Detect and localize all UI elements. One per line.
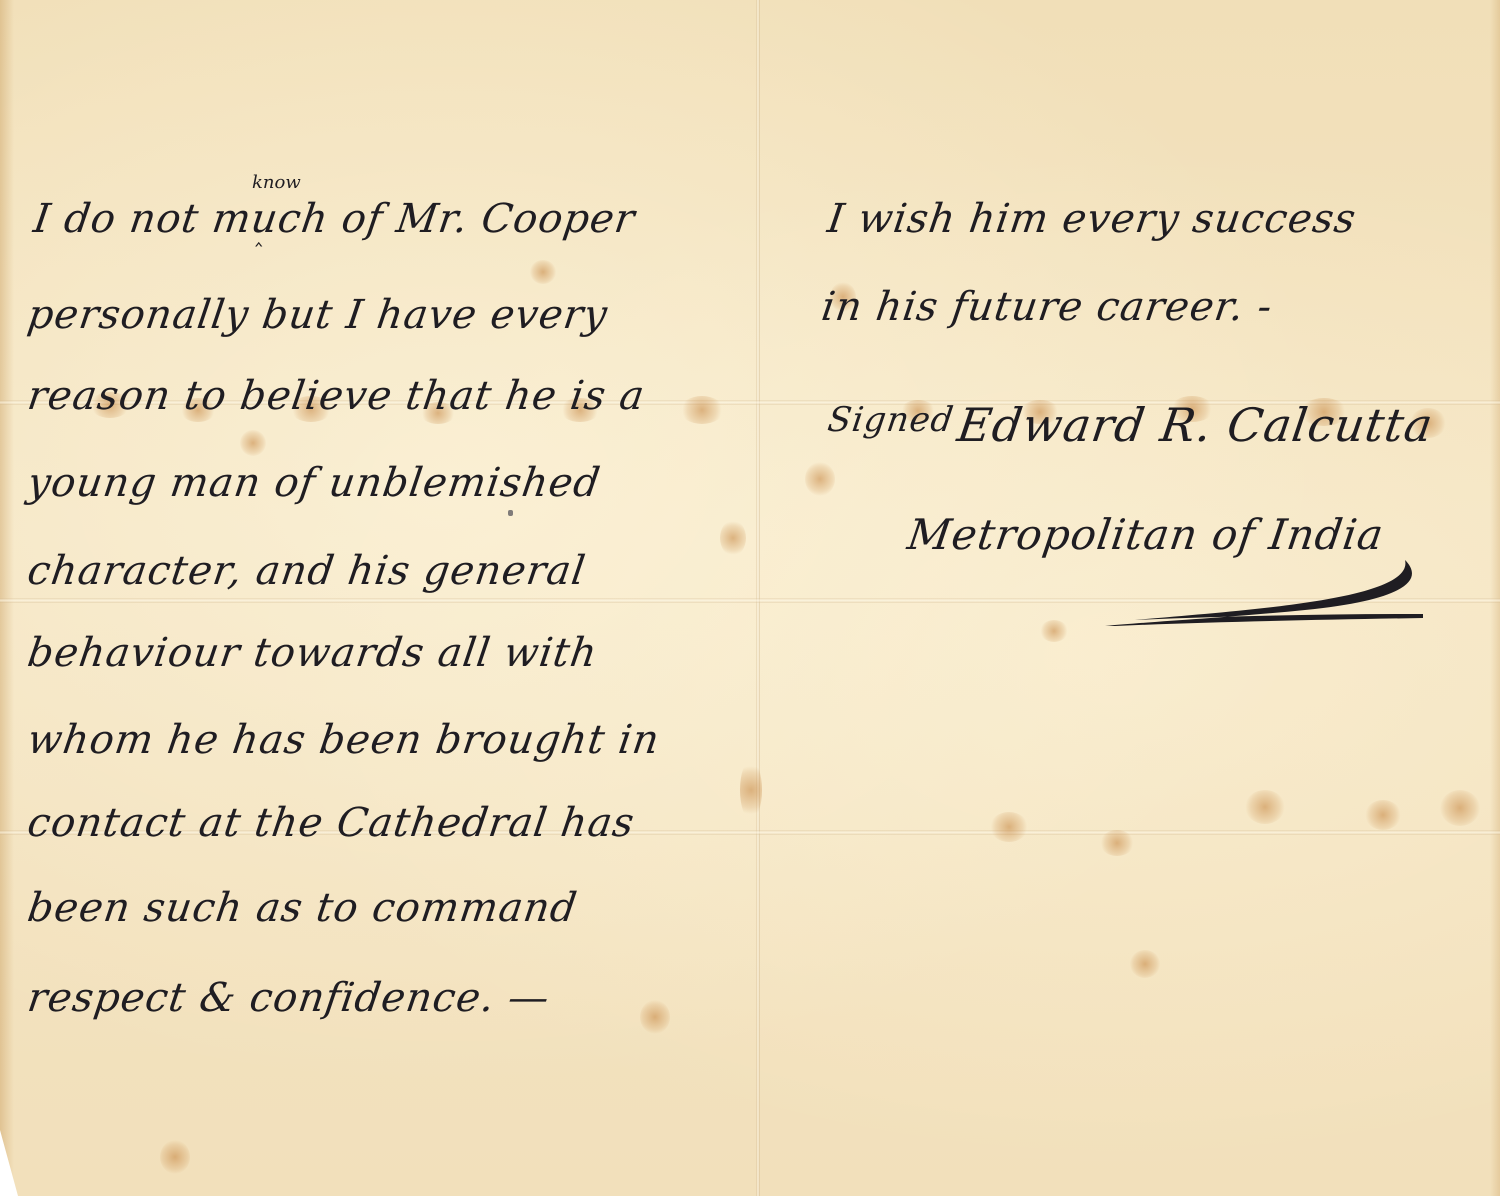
signature-flourish [1105,560,1435,630]
letter-sheet: know ‸ I do not much of Mr. Cooper perso… [0,0,1500,1196]
letter-line: reason to believe that he is a [25,373,648,419]
inserted-word: know [252,172,301,193]
letter-line: character, and his general [25,548,589,594]
left-page: know ‸ I do not much of Mr. Cooper perso… [0,0,758,1196]
ink-blot [508,510,513,516]
letter-line: young man of unblemished [25,460,604,506]
signature-title: Metropolitan of India [905,510,1388,559]
letter-line: been such as to command [25,885,581,931]
signature-prefix: Signed [825,400,956,440]
letter-line: contact at the Cathedral has [25,800,638,846]
letter-line: in his future career. - [819,284,1276,330]
letter-line: whom he has been brought in [25,717,663,763]
letter-line: personally but I have every [25,292,611,338]
signature-name: Edward R. Calcutta [954,398,1436,452]
letter-line: I wish him every success [825,196,1359,242]
letter-line: behaviour towards all with [25,630,601,676]
letter-line: I do not much of Mr. Cooper [31,196,638,242]
letter-line: respect & confidence. — [25,975,553,1021]
